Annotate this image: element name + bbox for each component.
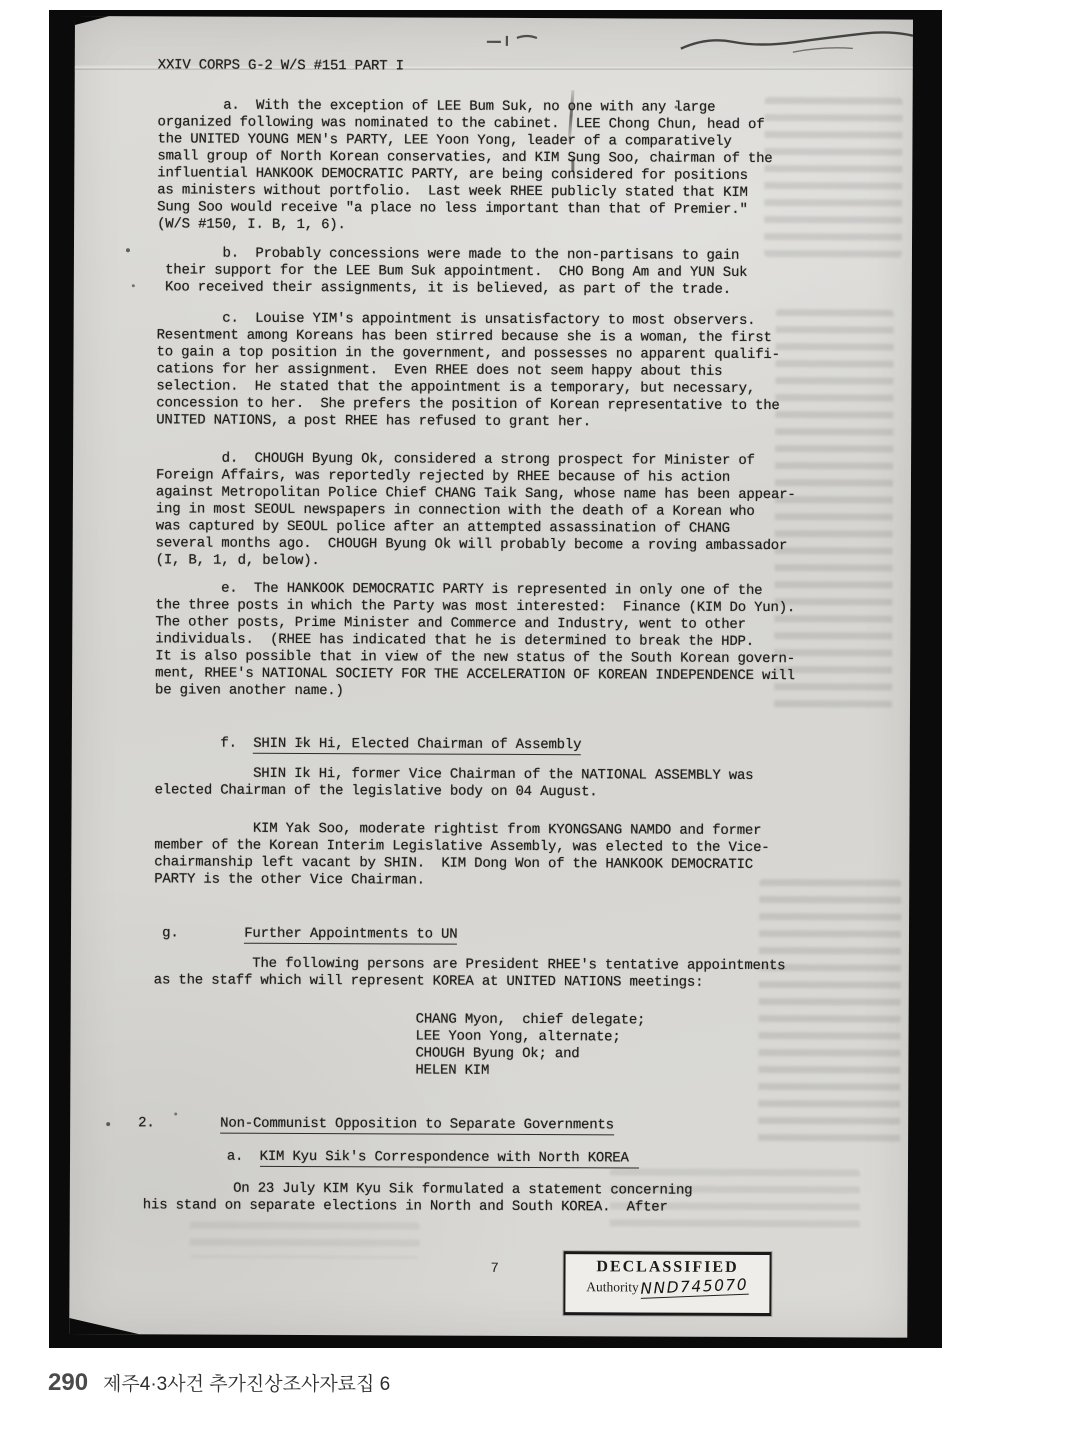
delegate-list: CHANG Myon, chief delegate; LEE Yoon Yon… [415, 1011, 645, 1080]
heading-f-number: f. [155, 735, 253, 751]
book-title: 제주4·3사건 추가진상조사자료집 6 [103, 1369, 390, 1396]
paragraph-last: On 23 July KIM Kyu Sik formulated a stat… [143, 1180, 693, 1216]
paragraph-b: b. Probably concessions were made to the… [157, 245, 748, 299]
heading-f-title: SHIN Ik Hi, Elected Chairman of Assembly [253, 736, 581, 755]
book-page: { "doc": { "header": "XXIV CORPS G-2 W/S… [0, 0, 1080, 1439]
heading-2a: a. KIM Kyu Sik's Correspondence with Nor… [153, 1148, 639, 1167]
stamp-authority-number: NND745070 [640, 1276, 748, 1299]
page-number: 7 [491, 1261, 499, 1277]
bleed-through-patch [190, 1222, 420, 1259]
stamp-authority-label: Authority [586, 1279, 639, 1294]
page-corner-fold-bottom-left [69, 1318, 139, 1334]
ink-speck [106, 1122, 110, 1126]
paragraph-g: The following persons are President RHEE… [154, 955, 786, 992]
stamp-title: DECLASSIFIED [566, 1258, 770, 1277]
heading-2a-title: KIM Kyu Sik's Correspondence with North … [260, 1149, 639, 1168]
paragraph-f2: KIM Yak Soo, moderate rightist from KYON… [154, 820, 769, 891]
heading-f: f. SHIN Ik Hi, Elected Chairman of Assem… [155, 735, 582, 754]
heading-g: g. Further Appointments to UN [154, 925, 458, 943]
heading-2-number: 2. [138, 1115, 220, 1131]
bleed-through-patch [764, 97, 903, 258]
paragraph-a: a. With the exception of LEE Bum Suk, no… [157, 97, 773, 236]
heading-g-title: Further Appointments to UN [244, 926, 457, 944]
ink-speck [132, 284, 135, 287]
scanned-document-page: XXIV CORPS G-2 W/S #151 PART I a. With t… [69, 16, 913, 1338]
paragraph-f1: SHIN Ik Hi, former Vice Chairman of the … [155, 765, 754, 802]
book-page-number: 290 [48, 1369, 88, 1397]
paragraph-e: e. The HANKOOK DEMOCRATIC PARTY is repre… [155, 580, 795, 702]
ink-mark [483, 30, 553, 50]
heading-2-title: Non-Communist Opposition to Separate Gov… [220, 1116, 614, 1135]
document-header: XXIV CORPS G-2 W/S #151 PART I [158, 57, 404, 75]
stamp-authority-line: AuthorityNND745070 [565, 1277, 769, 1297]
ink-scribble [673, 25, 923, 60]
heading-2: 2. Non-Communist Opposition to Separate … [138, 1115, 614, 1134]
declassified-stamp: DECLASSIFIED AuthorityNND745070 [563, 1251, 771, 1316]
paragraph-d: d. CHOUGH Byung Ok, considered a strong … [156, 450, 796, 572]
book-caption: 290 제주4·3사건 추가진상조사자료집 6 [48, 1369, 390, 1397]
heading-g-number: g. [154, 925, 244, 941]
paragraph-c: c. Louise YIM's appointment is unsatisfa… [156, 310, 780, 432]
page-corner-fold-top-left [75, 16, 109, 25]
scanner-black-background: XXIV CORPS G-2 W/S #151 PART I a. With t… [49, 10, 942, 1348]
bleed-through-patch [758, 879, 901, 1150]
heading-2a-number: a. [153, 1148, 260, 1164]
ink-speck [126, 248, 130, 252]
